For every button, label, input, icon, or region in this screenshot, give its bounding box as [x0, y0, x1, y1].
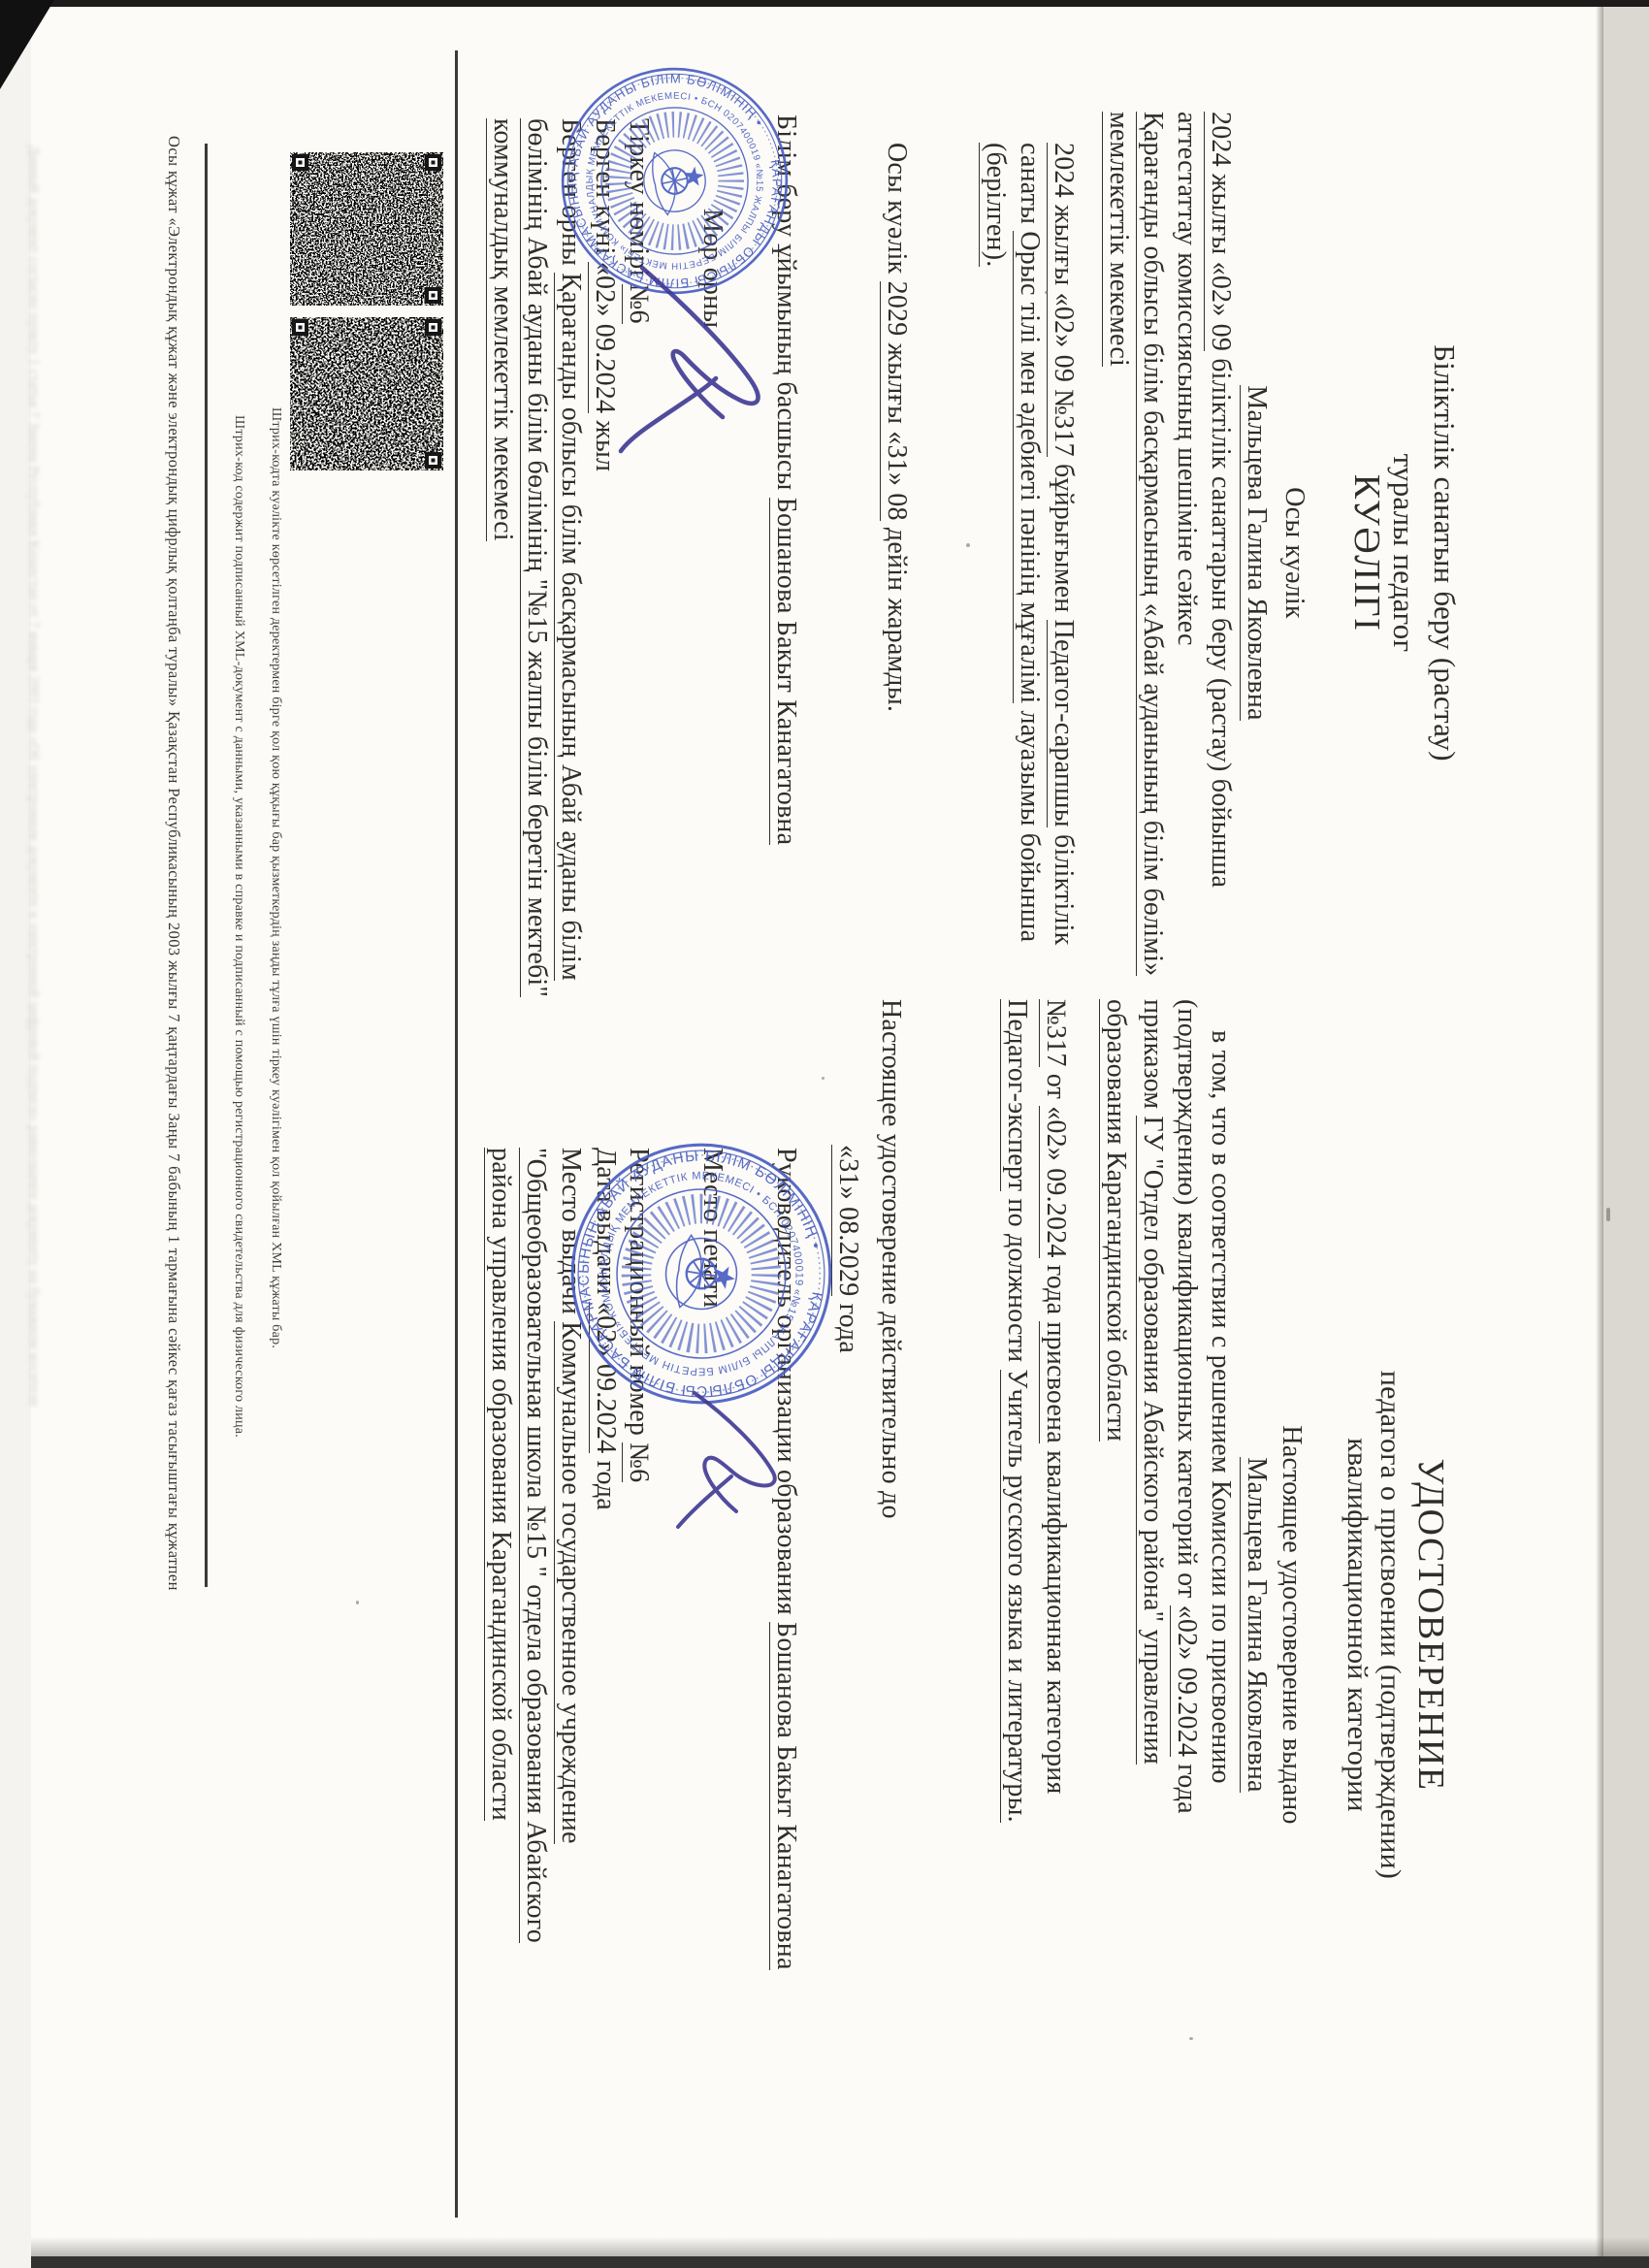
kk-title-text-3: КУӘЛІГІ — [1346, 474, 1387, 632]
kk-order-line2: санаты Орыс тілі мен әдебиеті пәнінің мұ… — [1015, 143, 1045, 942]
ru-paragraph1-line3: приказом ГУ "Отдел образования Абайского… — [1138, 999, 1168, 1765]
ru-issued-to-label: Настоящее удостоверение выдано — [1277, 989, 1307, 2260]
kk-paragraph1-line4: мемлекеттік мекемесі — [1104, 112, 1134, 367]
ru-issue-place-line2: "Общеобразовательная школа №15 " отдела … — [521, 1148, 551, 1943]
kk-order-line3: (берілген). — [981, 143, 1011, 267]
ru-title-line-2: педагога о присвоении (подтверждении) — [1374, 989, 1406, 2260]
barcode-caption-ru: Штрих-код содержит подписанный XML-докум… — [231, 415, 246, 1438]
footer-law-line-kk: Осы құжат «Электрондық құжат және электр… — [165, 136, 182, 1591]
kk-validity-line: Осы куәлік 2029 жылғы «31» 08 дейін жара… — [882, 143, 912, 712]
signature-ru — [663, 1381, 790, 1546]
scan-speck — [356, 1601, 359, 1604]
kk-issued-to-label: Осы куәлік — [1279, 92, 1309, 1014]
ru-order-line2: Педагог-эксперт по должности Учитель рус… — [1002, 999, 1032, 1823]
kk-title-text-1: Біліктілік санатын беру (растау) — [1428, 344, 1462, 761]
scan-speck — [1189, 2037, 1193, 2040]
qr-code-1 — [290, 152, 443, 306]
kk-issue-place-line2: бөлімінің Абай ауданы білім бөлімінің "№… — [522, 118, 552, 997]
barcode-caption-kk: Штрих-кодта куәлікте көрсетілген деректе… — [268, 407, 283, 1348]
scan-speck — [822, 1077, 824, 1080]
scanner-bed-strip-top — [1603, 0, 1649, 2268]
scan-speck — [1045, 291, 1048, 294]
kk-head-name: Бошанова Бакыт Канагатовна — [769, 498, 801, 846]
ru-paragraph1-line1: в том, что в соответствии с решением Ком… — [1206, 1030, 1236, 1784]
kk-paragraph1-line2: аттестаттау комиссиясының шешіміне сәйке… — [1172, 112, 1202, 646]
ru-holder-name: Мальцева Галина Яковлевна — [1242, 989, 1272, 2260]
kk-order-line1: 2024 жылғы «02» 09 №317 бұйрығымен Педаг… — [1049, 143, 1079, 945]
ru-head-name: Бошанова Бакыт Канагатовна — [769, 1622, 801, 1970]
separator-rule-top — [455, 50, 458, 2218]
scan-speck — [966, 543, 970, 547]
scan-speck — [1606, 1208, 1610, 1221]
ru-issue-place-line3: района управления образования Карагандин… — [486, 1148, 516, 1821]
kk-issue-place-line3: коммуналдық мемлекеттік мекемесі — [488, 118, 518, 541]
ru-title-text-2: педагога о присвоении (подтверждении) — [1374, 1371, 1406, 1879]
ru-title-line-1: УДОСТОВЕРЕНИЕ — [1409, 989, 1451, 2260]
qr-code-2 — [290, 317, 443, 470]
ru-title-text-3: квалификационной категории — [1342, 1438, 1374, 1812]
kk-paragraph1-line1: 2024 жылғы «02» 09 біліктілік санаттарын… — [1206, 112, 1236, 888]
scan-corner-artifact — [0, 0, 54, 89]
kk-holder-name: Мальцева Галина Яковлевна — [1242, 92, 1272, 1014]
paper-edge-shadow-top — [1596, 0, 1603, 2268]
footer-law-line-ru-faint: Данный документ согласно пункту 1 статьи… — [25, 146, 41, 1407]
signature-kk — [600, 254, 799, 463]
kk-title-line-2: туралы педагог — [1386, 92, 1420, 1014]
scanned-certificate-page: Біліктілік санатын беру (растау) туралы … — [0, 0, 1649, 2268]
kk-title-line-3: КУӘЛІГІ — [1345, 92, 1387, 1014]
ru-registration-number: №6 — [622, 1442, 654, 1482]
kk-holder-name-text: Мальцева Галина Яковлевна — [1240, 385, 1272, 720]
kk-title-text-2: туралы педагог — [1387, 454, 1421, 653]
ru-title-text-1: УДОСТОВЕРЕНИЕ — [1410, 1459, 1451, 1792]
ru-holder-name-text: Мальцева Галина Яковлевна — [1240, 1457, 1272, 1792]
kk-paragraph1-line3: Қарағанды облысы білім басқармасының «Аб… — [1138, 112, 1168, 976]
ru-order-line1: №317 от «02» 09.2024 года присвоена квал… — [1041, 999, 1071, 1795]
ru-validity-line1: Настоящее удостоверение действительно до — [876, 999, 906, 1519]
scan-edge-artifact-left — [0, 0, 1649, 7]
ru-paragraph1-line2: (подтверждению) квалификационных категор… — [1172, 999, 1202, 1814]
certificate-landscape-document: Біліктілік санатын беру (растау) туралы … — [0, 0, 1649, 2268]
separator-rule-bottom — [205, 144, 208, 1587]
ru-paragraph1-line4: образования Карагандинской области — [1101, 999, 1131, 1442]
kk-title-line-1: Біліктілік санатын беру (растау) — [1427, 92, 1461, 1014]
ru-title-line-3: квалификационной категории — [1341, 989, 1374, 2260]
